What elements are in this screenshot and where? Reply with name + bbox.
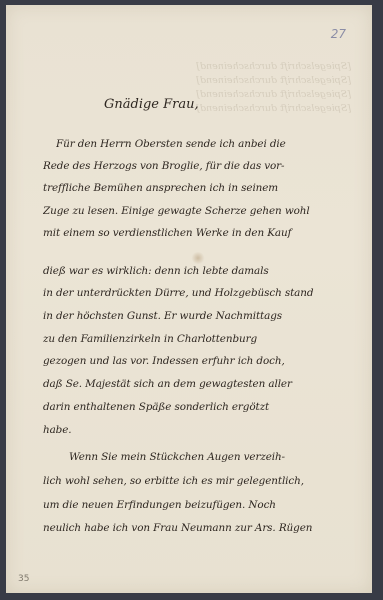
letter-line: Rede des Herzogs von Broglie, für die da… [43,160,365,172]
letter-line: darin enthaltenen Späße sonderlich ergöt… [43,401,365,413]
letter-line: treffliche Bemühen ansprechen ich in sei… [43,182,365,194]
letter-line: mit einem so verdienstlichen Werke in de… [43,227,365,239]
letter-line: Zuge zu lesen. Einige gewagte Scherze ge… [43,205,365,217]
letter-line: daß Se. Majestät sich an dem gewagtesten… [43,378,365,390]
letter-line: lich wohl sehen, so erbitte ich es mir g… [43,475,365,487]
letter-line: zu den Familienzirkeln in Charlottenburg [43,333,365,345]
letter-line: habe. [43,424,365,436]
letter-line: in der unterdrückten Dürre, und Holzgebü… [43,287,365,299]
letter-body: Gnädige Frau, Für den Herrn Obersten sen… [6,5,372,593]
folio-number-bottom: 35 [18,574,29,584]
salutation: Gnädige Frau, [104,97,199,112]
letter-line: gezogen und las vor. Indessen erfuhr ich… [43,355,365,367]
letter-line: Für den Herrn Obersten sende ich anbei d… [56,138,356,150]
letter-page: 27 [Spiegelschrift durchscheinend] [Spie… [6,5,372,593]
letter-line: neulich habe ich von Frau Neumann zur Ar… [43,522,365,534]
letter-line: Wenn Sie mein Stückchen Augen verzeih- [69,451,364,463]
letter-line: um die neuen Erfindungen beizufügen. Noc… [43,499,365,511]
letter-line: dieß war es wirklich: denn ich lebte dam… [43,265,365,277]
letter-line: in der höchsten Gunst. Er wurde Nachmitt… [43,310,365,322]
